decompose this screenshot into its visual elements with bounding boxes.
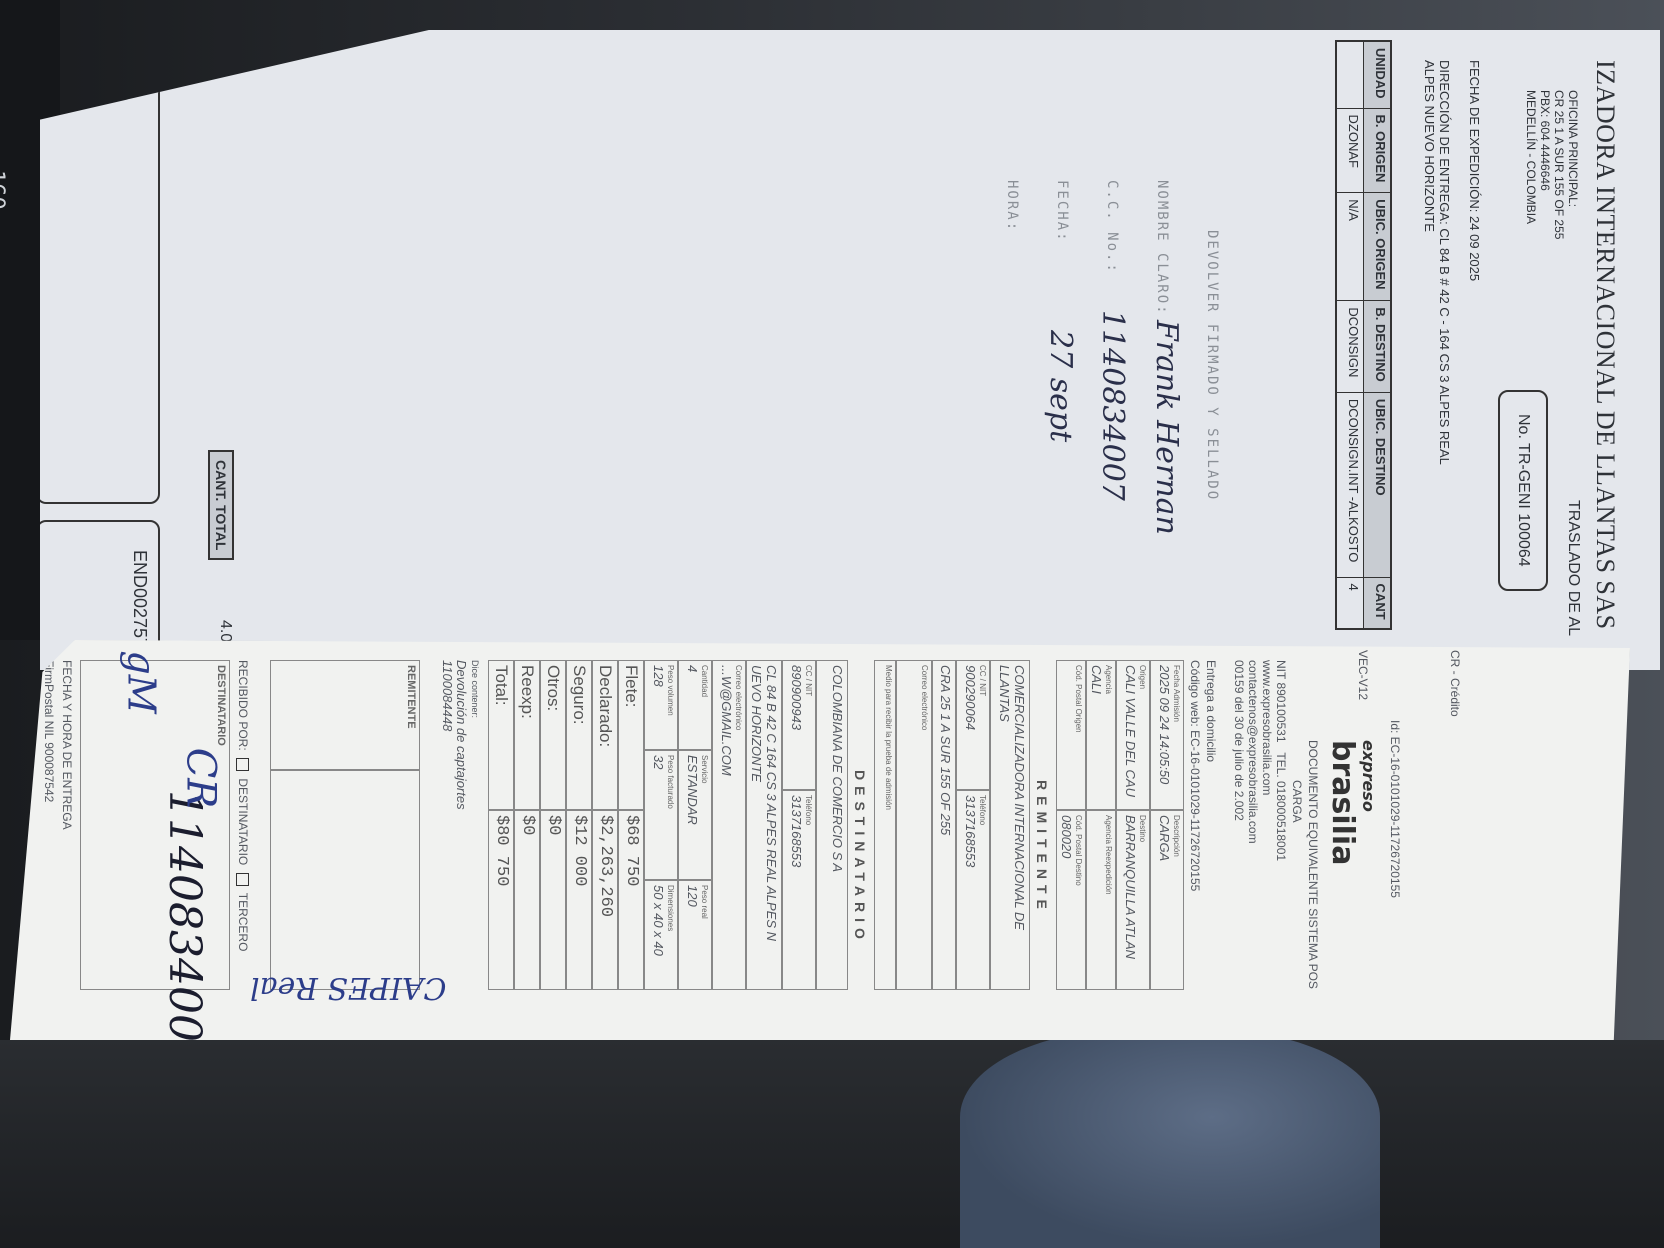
- legal-text-box: [270, 770, 420, 990]
- traslado-document: IZADORA INTERNACIONAL DE LLANTAS SAS OFI…: [40, 30, 1660, 670]
- sender-box-label: REMITENTE: [405, 665, 417, 765]
- issue-date-line: FECHA DE EXPEDICIÓN: 24 09 2025: [1467, 60, 1482, 281]
- charge-label-cell: Otros:: [540, 660, 566, 810]
- proof-note: Medio para recibir la prueba de admisión: [884, 665, 893, 985]
- handwritten-initials: gM: [120, 650, 164, 713]
- charge-value-cell: $2,263,260: [592, 810, 618, 990]
- description-label: Descripción: [1172, 815, 1181, 985]
- dest-agency-cell: Agencia Reexpedición: [1086, 810, 1116, 990]
- recipient-email-label: Correo electrónico: [734, 665, 743, 985]
- doc-subtitle: CARGA: [1290, 780, 1304, 823]
- admission-date: 2025 09 24 14:05:50: [1157, 665, 1172, 784]
- description-cell: Descripción CARGA: [1150, 810, 1184, 990]
- handwritten-cr: CR: [177, 748, 223, 809]
- origin-cell: Origen CALI VALLE DEL CAU: [1116, 660, 1150, 810]
- delivery-address-label: DIRECCIÓN DE ENTREGA:: [1437, 60, 1452, 225]
- service-cell: Servicio ESTANDAR: [678, 750, 712, 880]
- origin: CALI VALLE DEL CAU: [1123, 665, 1138, 797]
- recipient-address-line2: UEVO HORIZONTE: [749, 665, 764, 782]
- receipt-id-line: Id: EC-16-0101029-11726720155: [1388, 720, 1402, 898]
- sender-id-label: CC / NIT: [978, 665, 987, 785]
- knee: [960, 1030, 1380, 1248]
- web-code-label: Código web:: [1188, 660, 1202, 727]
- doc-type: TRASLADO DE AL: [1564, 500, 1582, 636]
- sender-signature-box: REMITENTE: [270, 660, 420, 770]
- charge-label-cell: Flete:: [618, 660, 644, 810]
- contents-label: Dice contener:: [468, 660, 482, 810]
- footer-nit: FirmPostal NIL 900087542: [42, 660, 56, 802]
- total-label: CANT. TOTAL: [208, 450, 234, 560]
- recipient-email-cell: Correo electrónico ...W@GMAIL.COM: [712, 660, 746, 990]
- expreso-brasilia-receipt: CR - Crédito VEC-V12 Id: EC-16-0101029-1…: [10, 640, 1630, 1040]
- recipient-phone-cell: Teléfono 3137168553: [782, 790, 816, 990]
- destination-cell: Destino BARRANQUILLA ATLAN: [1116, 810, 1150, 990]
- col-unidad: UNIDAD: [1364, 41, 1392, 108]
- option-destinatario: DESTINATARIO: [236, 778, 250, 865]
- recipient-name-cell: COLOMBIANA DE COMERCIO S A: [816, 660, 848, 990]
- origin-label: Origen: [1138, 665, 1147, 805]
- agency: CALI: [1089, 665, 1104, 694]
- issue-date: 24 09 2025: [1467, 216, 1482, 281]
- charge-value-cell: $0: [514, 810, 540, 990]
- delivery-address-block: DIRECCIÓN DE ENTREGA: CL 84 B # 42 C - 1…: [1422, 60, 1452, 465]
- declarado-label: Declarado:: [596, 665, 615, 747]
- handwritten-side-note: CAIPES Real: [250, 970, 446, 1005]
- cell-cant: 4: [1336, 577, 1364, 629]
- sender-phone-label: Teléfono: [978, 795, 987, 985]
- sender-id-cell: CC / NIT 900290064: [956, 660, 990, 790]
- quantity-cell: Cantidad 4: [678, 660, 712, 750]
- sender-address-cell: CRA 25 1 A SUR 155 OF 255: [932, 660, 956, 990]
- otros-value: $0: [544, 815, 563, 835]
- billed-weight-label: Peso facturado: [666, 755, 675, 875]
- office-address: CR 25 1 A SUR 155 OF 255: [1552, 90, 1566, 239]
- dimensions-cell: Dimensiones 50 x 40 x 40: [644, 880, 678, 990]
- flete-label: Flete:: [622, 665, 641, 708]
- service-label: Servicio: [700, 755, 709, 875]
- name-field-label: NOMBRE CLARO:: [1154, 180, 1170, 316]
- office-label: OFICINA PRINCIPAL:: [1566, 90, 1580, 239]
- traslado-content: IZADORA INTERNACIONAL DE LLANTAS SAS OFI…: [40, 30, 1660, 670]
- doc-number: No. TR-GENI 100064: [1515, 414, 1532, 567]
- destination-label: Destino: [1138, 815, 1147, 985]
- recipient-id-cell: CC / NIT 890900943: [782, 660, 816, 790]
- delivery-datetime-label: FECHA Y HORA DE ENTREGA: [60, 660, 74, 830]
- cell-b-origen: DZONAF: [1336, 108, 1364, 193]
- charge-label-cell: Seguro:: [566, 660, 592, 810]
- description: CARGA: [1157, 815, 1172, 861]
- office-city: MEDELLÍN - COLOMBIA: [1524, 90, 1538, 239]
- reexp-value: $0: [518, 815, 537, 835]
- date-field-label: FECHA:: [1054, 180, 1070, 243]
- agency-cell: Agencia CALI: [1086, 660, 1116, 810]
- quantity-label: Cantidad: [700, 665, 709, 745]
- real-weight-label: Peso real: [700, 885, 709, 985]
- recipient-address-cell: CL 84 B 42 C 164 CS 3 ALPES REAL ALPES N…: [746, 660, 782, 990]
- brand-small: expreso: [1359, 740, 1378, 812]
- contents-ref: 1100084448: [440, 660, 454, 810]
- received-by-line: RECIBIDO POR: DESTINATARIO TERCERO: [236, 660, 250, 951]
- table-row: DZONAF N/A DCONSIGN DCONSIGN.INT -ALKOST…: [1336, 41, 1364, 629]
- handwritten-date: 27 sept: [1043, 330, 1078, 442]
- otros-label: Otros:: [544, 665, 563, 711]
- vol-weight: 128: [651, 665, 666, 687]
- issue-date-label: FECHA DE EXPEDICIÓN:: [1467, 60, 1482, 212]
- charge-value-cell: $0: [540, 810, 566, 990]
- cell-b-destino: DCONSIGN: [1336, 301, 1364, 392]
- origin-postal-cell: Cód. Postal Origen: [1056, 660, 1086, 810]
- web-code: EC-16-0101029-11726720155: [1188, 730, 1202, 891]
- sender-title: REMITENTE: [1034, 780, 1050, 915]
- handwritten-name: Frank Hernan: [1149, 320, 1184, 535]
- nit: NIT 890100531: [1274, 660, 1288, 743]
- contents-block: Dice contener: Devolución de captajortes…: [440, 660, 482, 810]
- sender-address: CRA 25 1 A SUR 155 OF 255: [938, 665, 953, 835]
- received-by-label: RECIBIDO POR:: [236, 660, 250, 751]
- vol-weight-label: Peso volumen: [666, 665, 675, 745]
- origin-postal-label: Cód. Postal Origen: [1074, 665, 1083, 805]
- recipient-id-label: CC / NIT: [804, 665, 813, 785]
- charge-label-cell: Total:: [488, 660, 514, 810]
- dest-agency-label: Agencia Reexpedición: [1104, 815, 1113, 985]
- seguro-value: $12 000: [570, 815, 589, 886]
- service: ESTANDAR: [685, 755, 700, 825]
- proof-note-cell: Medio para recibir la prueba de admisión: [874, 660, 896, 990]
- recipient-box-label: DESTINATARIO: [215, 665, 227, 985]
- tag-right: VEC-V12: [1356, 650, 1370, 700]
- charge-value-cell: $68 750: [618, 810, 644, 990]
- company-info: NIT 890100531 TEL. 018000518001 www.expr…: [1232, 660, 1288, 861]
- table-header-row: UNIDAD B. ORIGEN UBIC. ORIGEN B. DESTINO…: [1364, 41, 1392, 629]
- recipient-phone: 3137168553: [789, 795, 804, 867]
- charge-label-cell: Reexp:: [514, 660, 540, 810]
- email: contactenos@expresobrasilia.com: [1246, 660, 1260, 844]
- recipient-address: CL 84 B 42 C 164 CS 3 ALPES REAL ALPES N: [764, 665, 779, 941]
- checkbox-tercero[interactable]: [236, 873, 249, 886]
- sender-email-label: Correo electrónico: [920, 665, 929, 985]
- sender-email-cell: Correo electrónico: [896, 660, 932, 990]
- admission-date-cell: Fecha Admisión 2025 09 24 14:05:50: [1150, 660, 1184, 810]
- dest-postal-cell: Cód. Postal Destino 080020: [1056, 810, 1086, 990]
- delivery-address: CL 84 B # 42 C - 164 CS 3 ALPES REAL: [1437, 228, 1452, 465]
- sender-name: COMERCIALIZADORA INTERNACIONAL DE LLANTA…: [997, 665, 1027, 930]
- website: www.expresobrasilia.com: [1260, 660, 1274, 795]
- sender-phone-cell: Teléfono 3137168553: [956, 790, 990, 990]
- speedometer-reading: 160: [0, 170, 8, 210]
- company-name: IZADORA INTERNACIONAL DE LLANTAS SAS: [1590, 60, 1620, 630]
- agency-label: Agencia: [1104, 665, 1113, 805]
- real-weight-cell: Peso real 120: [678, 880, 712, 990]
- cell-ubic-origen: N/A: [1336, 193, 1364, 301]
- tel: TEL. 018000518001: [1274, 752, 1288, 861]
- contents: Devolución de captajortes: [454, 660, 468, 810]
- brand-logo: brasilia: [1325, 740, 1360, 865]
- resolution: 00159 del 30 de julio de 2.002: [1232, 660, 1246, 821]
- flete-value: $68 750: [622, 815, 641, 886]
- sender-name-cell: COMERCIALIZADORA INTERNACIONAL DE LLANTA…: [990, 660, 1030, 990]
- checkbox-destinatario[interactable]: [236, 758, 249, 771]
- id-field-label: C.C. No.:: [1104, 180, 1120, 274]
- total-label: Total:: [492, 665, 511, 706]
- real-weight: 120: [685, 885, 700, 907]
- time-field-label: HORA:: [1004, 180, 1020, 232]
- vol-weight-cell: Peso volumen 128: [644, 660, 678, 750]
- web-code-line: Código web: EC-16-0101029-11726720155: [1188, 660, 1202, 891]
- return-form-title: DEVOLVER FIRMADO Y SELLADO: [1204, 230, 1220, 501]
- col-ubic-origen: UBIC. ORIGEN: [1364, 193, 1392, 301]
- billed-weight-cell: Peso facturado 32: [644, 750, 678, 880]
- admission-date-label: Fecha Admisión: [1172, 665, 1181, 805]
- items-table: UNIDAD B. ORIGEN UBIC. ORIGEN B. DESTINO…: [1335, 40, 1392, 630]
- cell-unidad: [1336, 41, 1364, 108]
- office-block: OFICINA PRINCIPAL: CR 25 1 A SUR 155 OF …: [1524, 90, 1580, 239]
- charge-value-cell: $80 750: [488, 810, 514, 990]
- recipient-name: COLOMBIANA DE COMERCIO S A: [830, 665, 845, 872]
- car-seat: [0, 1040, 1664, 1248]
- recipient-title: DESTINATARIO: [852, 770, 868, 945]
- billed-weight: 32: [651, 755, 666, 769]
- col-b-destino: B. DESTINO: [1364, 301, 1392, 392]
- col-ubic-destino: UBIC. DESTINO: [1364, 392, 1392, 577]
- quantity: 4: [685, 665, 700, 672]
- charge-value-cell: $12 000: [566, 810, 592, 990]
- charge-label-cell: Declarado:: [592, 660, 618, 810]
- recipient-email: ...W@GMAIL.COM: [719, 665, 734, 776]
- recipient-signature: 1140834007: [159, 790, 210, 1070]
- doc-title: DOCUMENTO EQUIVALENTE SISTEMA POS: [1306, 740, 1320, 989]
- delivery-address-line2: ALPES NUEVO HORIZONTE: [1422, 60, 1437, 465]
- reexp-label: Reexp:: [518, 665, 537, 719]
- sender-phone: 3137168553: [963, 795, 978, 867]
- destination: BARRANQUILLA ATLAN: [1123, 815, 1138, 959]
- recipient-id: 890900943: [789, 665, 804, 730]
- cell-ubic-destino: DCONSIGN.INT -ALKOSTO: [1336, 392, 1364, 577]
- recipient-phone-label: Teléfono: [804, 795, 813, 985]
- declarado-value: $2,263,260: [596, 815, 615, 917]
- col-b-origen: B. ORIGEN: [1364, 108, 1392, 193]
- seguro-label: Seguro:: [570, 665, 589, 725]
- dimensions-label: Dimensiones: [666, 885, 675, 985]
- handwritten-id: 1140834007: [1095, 310, 1130, 501]
- dimensions: 50 x 40 x 40: [651, 885, 666, 956]
- col-cant: CANT: [1364, 577, 1392, 629]
- office-phone: PBX: 604 4446646: [1538, 90, 1552, 239]
- delivery-type: Entrega a domicilio: [1204, 660, 1218, 762]
- option-tercero: TERCERO: [236, 893, 250, 952]
- total-value: $80 750: [492, 815, 511, 886]
- dest-postal: 080020: [1059, 815, 1074, 858]
- sender-id: 900290064: [963, 665, 978, 730]
- dest-postal-label: Cód. Postal Destino: [1074, 815, 1083, 985]
- tag-left: CR - Crédito: [1448, 650, 1462, 717]
- doc-number-box: No. TR-GENI 100064: [1498, 390, 1548, 591]
